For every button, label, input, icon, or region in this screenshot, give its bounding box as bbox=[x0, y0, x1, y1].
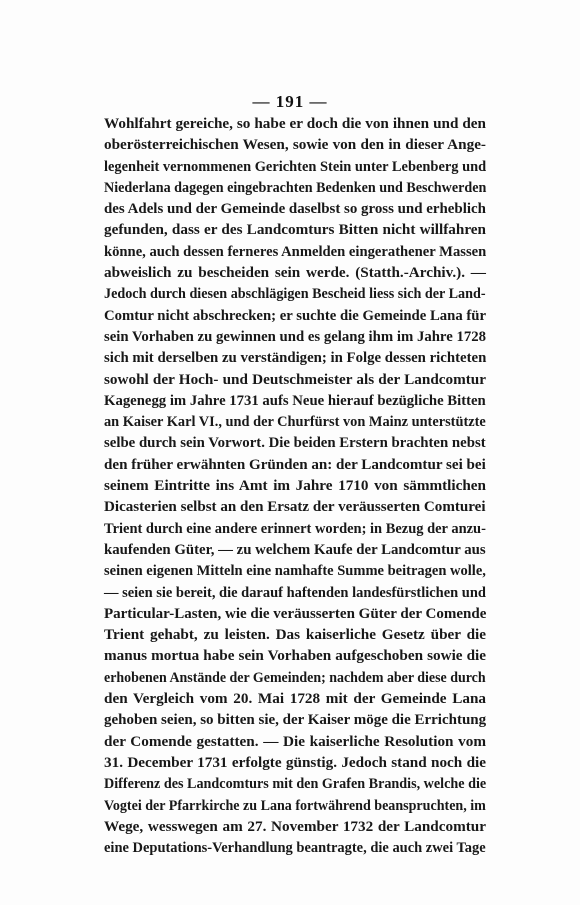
text-line: den Vergleich vom 20. Mai 1728 mit der G… bbox=[104, 688, 486, 709]
text-line: sein Vorhaben zu gewinnen und es gelang … bbox=[104, 326, 486, 347]
text-line: — seien sie bereit, die darauf haftenden… bbox=[104, 582, 486, 603]
page-number: — 191 — bbox=[0, 92, 580, 112]
text-line: Niederlana dagegen eingebrachten Bedenke… bbox=[104, 177, 486, 198]
text-line: des Adels und der Gemeinde daselbst so g… bbox=[104, 198, 486, 219]
text-line: Trient gehabt, zu leisten. Das kaiserlic… bbox=[104, 624, 486, 645]
text-line: gefunden, dass er des Landcomturs Bitten… bbox=[104, 219, 486, 240]
text-line: Wege, wesswegen am 27. November 1732 der… bbox=[104, 816, 486, 837]
text-line: Jedoch durch diesen abschlägigen Beschei… bbox=[104, 283, 486, 304]
text-line: sich mit derselben zu verständigen; in F… bbox=[104, 347, 486, 368]
text-line: manus mortua habe sein Vorhaben aufgesch… bbox=[104, 645, 486, 666]
text-line: könne, auch dessen ferneres Anmelden ein… bbox=[104, 241, 486, 262]
text-line: Comtur nicht abschrecken; er suchte die … bbox=[104, 305, 486, 326]
text-line: kaufenden Güter, — zu welchem Kaufe der … bbox=[104, 539, 486, 560]
text-line: der Comende gestatten. — Die kaiserliche… bbox=[104, 731, 486, 752]
text-line: Vogtei der Pfarrkirche zu Lana fortwähre… bbox=[104, 795, 486, 816]
text-line: erhobenen Anstände der Gemeinden; nachde… bbox=[104, 667, 486, 688]
text-line: selbe durch sein Vorwort. Die beiden Ers… bbox=[104, 432, 486, 453]
text-line: eine Deputations-Verhandlung beantragte,… bbox=[104, 837, 486, 858]
text-line: seinen eigenen Mitteln eine namhafte Sum… bbox=[104, 560, 486, 581]
text-line: sowohl der Hoch- und Deutschmeister als … bbox=[104, 369, 486, 390]
text-line: an Kaiser Karl VI., und der Churfürst vo… bbox=[104, 411, 486, 432]
text-line: legenheit vernommenen Gerichten Stein un… bbox=[104, 156, 486, 177]
text-line: Wohlfahrt gereiche, so habe er doch die … bbox=[104, 113, 486, 134]
text-line: Kagenegg im Jahre 1731 aufs Neue hierauf… bbox=[104, 390, 486, 411]
text-line: oberösterreichischen Wesen, sowie von de… bbox=[104, 134, 486, 155]
text-line: Differenz des Landcomturs mit den Grafen… bbox=[104, 773, 486, 794]
text-line: Dicasterien selbst an den Ersatz der ver… bbox=[104, 496, 486, 517]
text-line: gehoben seien, so bitten sie, der Kaiser… bbox=[104, 709, 486, 730]
text-line-citation: abweislich zu bescheiden sein werde. (St… bbox=[104, 262, 486, 283]
book-page: — 191 — Wohlfahrt gereiche, so habe er d… bbox=[0, 0, 580, 905]
text-line: 31. December 1731 erfolgte günstig. Jedo… bbox=[104, 752, 486, 773]
text-line: seinem Eintritte ins Amt im Jahre 1710 v… bbox=[104, 475, 486, 496]
text-line: Particular-Lasten, wie die veräusserten … bbox=[104, 603, 486, 624]
text-line: Trient durch eine andere erinnert worden… bbox=[104, 518, 486, 539]
body-text: Wohlfahrt gereiche, so habe er doch die … bbox=[104, 113, 486, 858]
text-line: den früher erwähnten Gründen an: der Lan… bbox=[104, 454, 486, 475]
